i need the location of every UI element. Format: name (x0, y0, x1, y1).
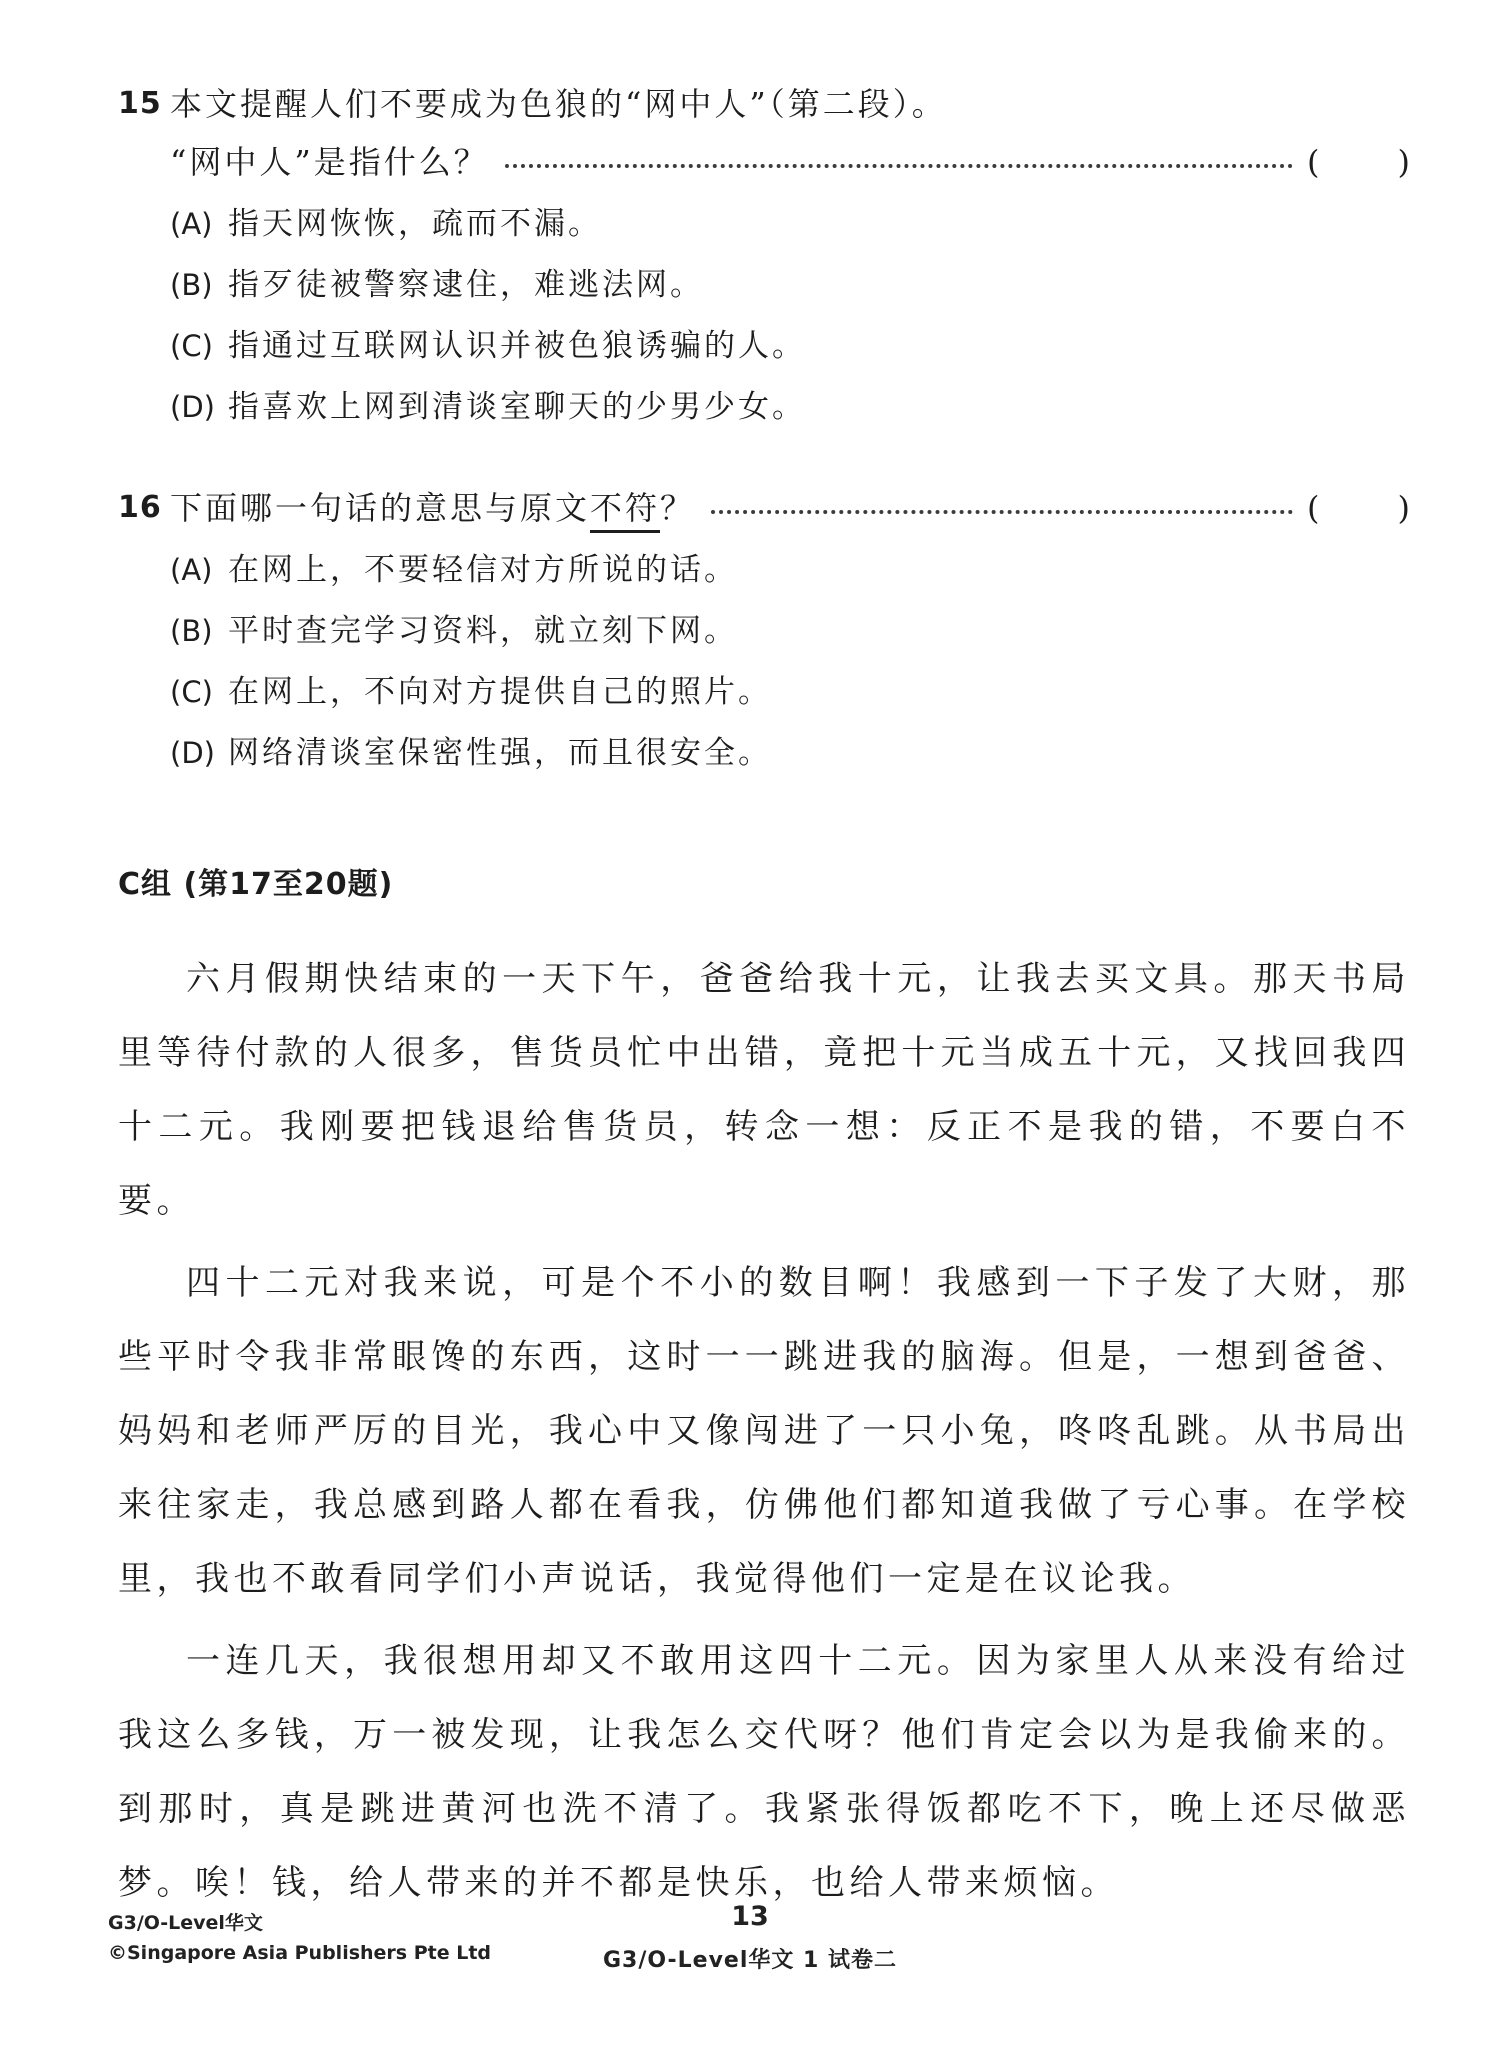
q16-stem-row: 16 下面哪一句话的意思与原文不符？ () (118, 484, 1410, 532)
reading-passage: 六月假期快结束的一天下午，爸爸给我十元，让我去买文具。那天书局里等待付款的人很多… (118, 942, 1410, 1920)
option-text: 指喜欢上网到清谈室聊天的少男少女。 (228, 385, 806, 430)
passage-paragraph-2: 四十二元对我来说，可是个不小的数目啊！我感到一下子发了大财，那些平时令我非常眼馋… (118, 1246, 1410, 1616)
page-number: 13 (0, 1900, 1500, 1934)
q15-stem-row: 15 本文提醒人们不要成为色狼的“网中人”（第二段）。 (118, 80, 1410, 128)
q15-stem-line1: 本文提醒人们不要成为色狼的“网中人”（第二段）。 (170, 80, 947, 128)
q16-option-b: (B) 平时查完学习资料，就立刻下网。 (118, 609, 1410, 654)
q16-number: 16 (118, 484, 170, 532)
exam-page: 15 本文提醒人们不要成为色狼的“网中人”（第二段）。 “网中人”是指什么？ (… (0, 0, 1500, 2048)
option-letter: (A) (170, 548, 228, 593)
answer-brackets: () (1307, 138, 1410, 186)
q16-option-c: (C) 在网上，不向对方提供自己的照片。 (118, 670, 1410, 715)
passage-paragraph-1: 六月假期快结束的一天下午，爸爸给我十元，让我去买文具。那天书局里等待付款的人很多… (118, 942, 1410, 1238)
dotted-leader (711, 484, 1293, 514)
q16-stem-suffix: ？ (660, 489, 695, 527)
option-text: 网络清谈室保密性强，而且很安全。 (228, 731, 772, 776)
q16-option-d: (D) 网络清谈室保密性强，而且很安全。 (118, 731, 1410, 776)
bracket-close: ) (1398, 143, 1410, 181)
answer-brackets: () (1307, 484, 1410, 532)
option-letter: (C) (170, 324, 228, 369)
q16-stem-prefix: 下面哪一句话的意思与原文 (170, 489, 590, 527)
footer-center-block: 13 G3/O-Level华文 1 试卷二 (0, 1900, 1500, 1976)
q15-option-a: (A) 指天网恢恢，疏而不漏。 (118, 202, 1410, 247)
question-16: 16 下面哪一句话的意思与原文不符？ () (A) 在网上，不要轻信对方所说的话… (118, 484, 1410, 776)
option-letter: (C) (170, 670, 228, 715)
bracket-open: ( (1307, 143, 1319, 181)
option-letter: (D) (170, 731, 228, 776)
footer-book-title: G3/O-Level华文 1 试卷二 (0, 1946, 1500, 1976)
option-letter: (B) (170, 263, 228, 308)
q16-option-a: (A) 在网上，不要轻信对方所说的话。 (118, 548, 1410, 593)
bracket-close: ) (1398, 489, 1410, 527)
q15-option-d: (D) 指喜欢上网到清谈室聊天的少男少女。 (118, 385, 1410, 430)
page-content: 15 本文提醒人们不要成为色狼的“网中人”（第二段）。 “网中人”是指什么？ (… (118, 80, 1410, 1920)
option-text: 在网上，不向对方提供自己的照片。 (228, 670, 772, 715)
q15-stem-line2: “网中人”是指什么？ (170, 138, 489, 186)
option-text: 在网上，不要轻信对方所说的话。 (228, 548, 738, 593)
q15-number: 15 (118, 80, 170, 128)
option-text: 指通过互联网认识并被色狼诱骗的人。 (228, 324, 806, 369)
q15-option-c: (C) 指通过互联网认识并被色狼诱骗的人。 (118, 324, 1410, 369)
q15-option-b: (B) 指歹徒被警察逮住，难逃法网。 (118, 263, 1410, 308)
section-c-heading: C组 (第17至20题) (118, 864, 1410, 906)
option-letter: (A) (170, 202, 228, 247)
q16-stem: 下面哪一句话的意思与原文不符？ (170, 484, 695, 532)
q15-stem-row2: “网中人”是指什么？ () (118, 138, 1410, 186)
dotted-leader (505, 138, 1293, 168)
option-letter: (D) (170, 385, 228, 430)
q16-stem-underlined: 不符 (590, 489, 660, 533)
question-15: 15 本文提醒人们不要成为色狼的“网中人”（第二段）。 “网中人”是指什么？ (… (118, 80, 1410, 430)
option-letter: (B) (170, 609, 228, 654)
option-text: 指歹徒被警察逮住，难逃法网。 (228, 263, 704, 308)
bracket-open: ( (1307, 489, 1319, 527)
option-text: 平时查完学习资料，就立刻下网。 (228, 609, 738, 654)
option-text: 指天网恢恢，疏而不漏。 (228, 202, 602, 247)
passage-paragraph-3: 一连几天，我很想用却又不敢用这四十二元。因为家里人从来没有给过我这么多钱，万一被… (118, 1624, 1410, 1920)
